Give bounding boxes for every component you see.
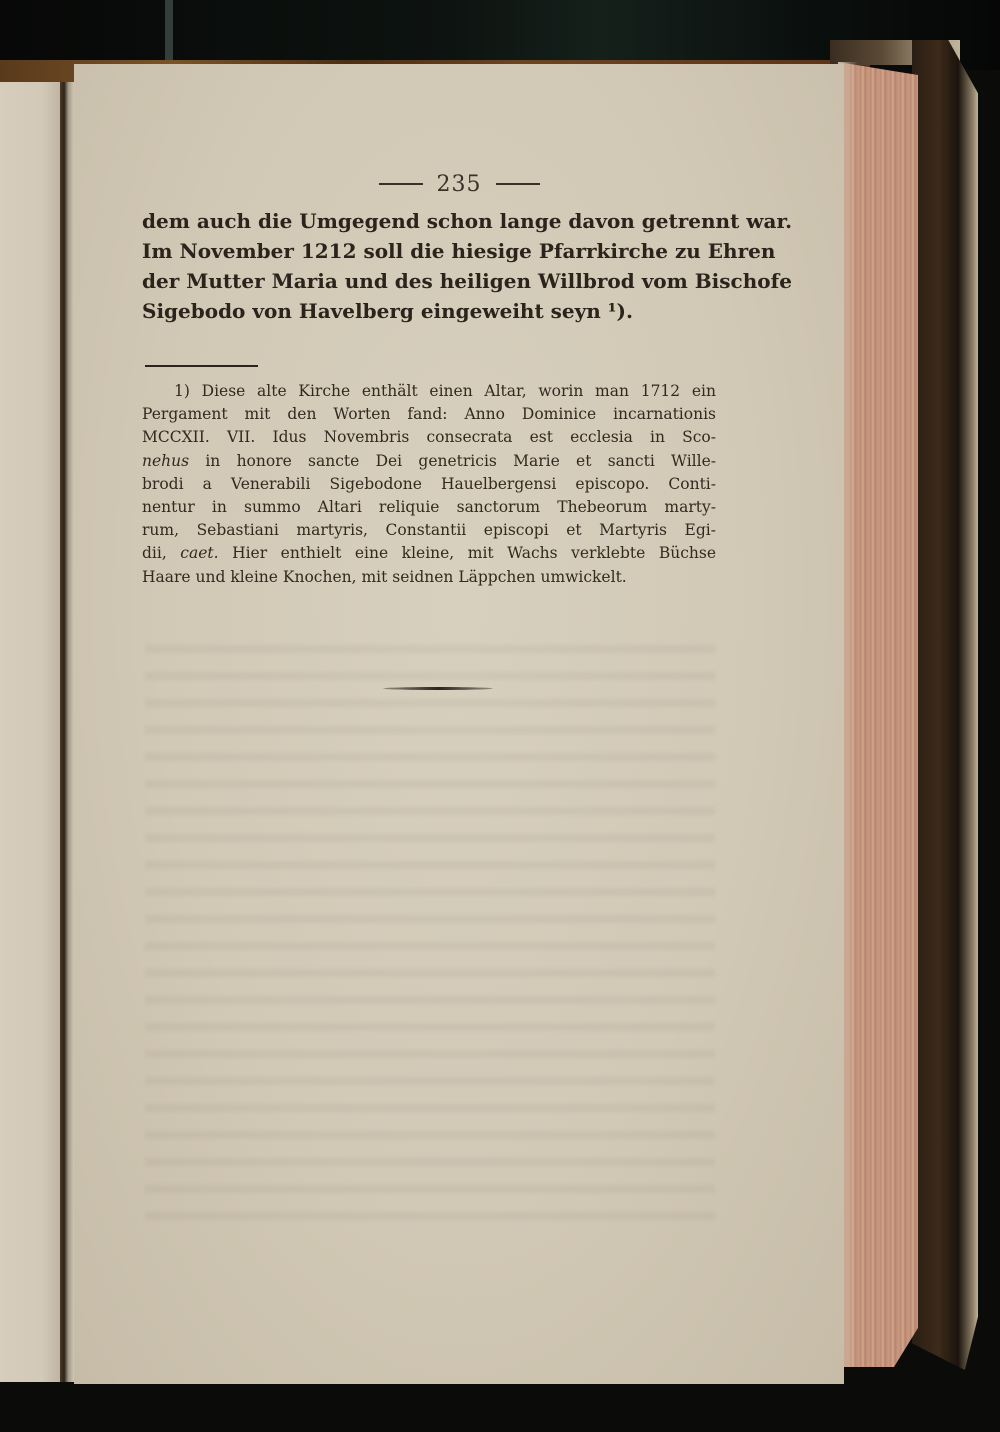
footnote-line: nehus in honore sancte Dei genetricis Ma… [142,450,716,473]
book-cover-edge [912,40,978,1370]
section-end-rule [383,687,493,690]
footnote-line: Haare und kleine Knochen, mit seidnen Lä… [142,566,716,589]
left-page-edge [0,82,60,1382]
spine-highlight [165,0,173,60]
footnote-separator [145,365,258,367]
footnote-line: 1) Diese alte Kirche enthält einen Altar… [142,380,716,403]
footnote-line: brodi a Venerabili Sigebodone Hauelberge… [142,473,716,496]
book-gutter [60,82,74,1382]
header-dash-left [379,183,423,185]
page-header: 235 [74,172,844,196]
header-dash-right [496,183,540,185]
footnote-line: rum, Sebastiani martyris, Constantii epi… [142,519,716,542]
body-line: dem auch die Umgegend schon lange davon … [142,206,714,236]
body-line: der Mutter Maria und des heiligen Willbr… [142,266,714,296]
show-through-text [145,630,715,1230]
footnote-line: Pergament mit den Worten fand: Anno Domi… [142,403,716,426]
body-line: Sigebodo von Havelberg eingeweiht seyn ¹… [142,296,714,326]
footnote-line: MCCXII. VII. Idus Novembris consecrata e… [142,426,716,449]
page-number: 235 [437,172,482,197]
body-paragraph: dem auch die Umgegend schon lange davon … [142,206,714,326]
footnote-line: dii, caet. Hier enthielt eine kleine, mi… [142,542,716,565]
footnote-line: nentur in summo Altari reliquie sanctoru… [142,496,716,519]
footnote: 1) Diese alte Kirche enthält einen Altar… [142,380,716,589]
body-line: Im November 1212 soll die hiesige Pfarrk… [142,236,714,266]
